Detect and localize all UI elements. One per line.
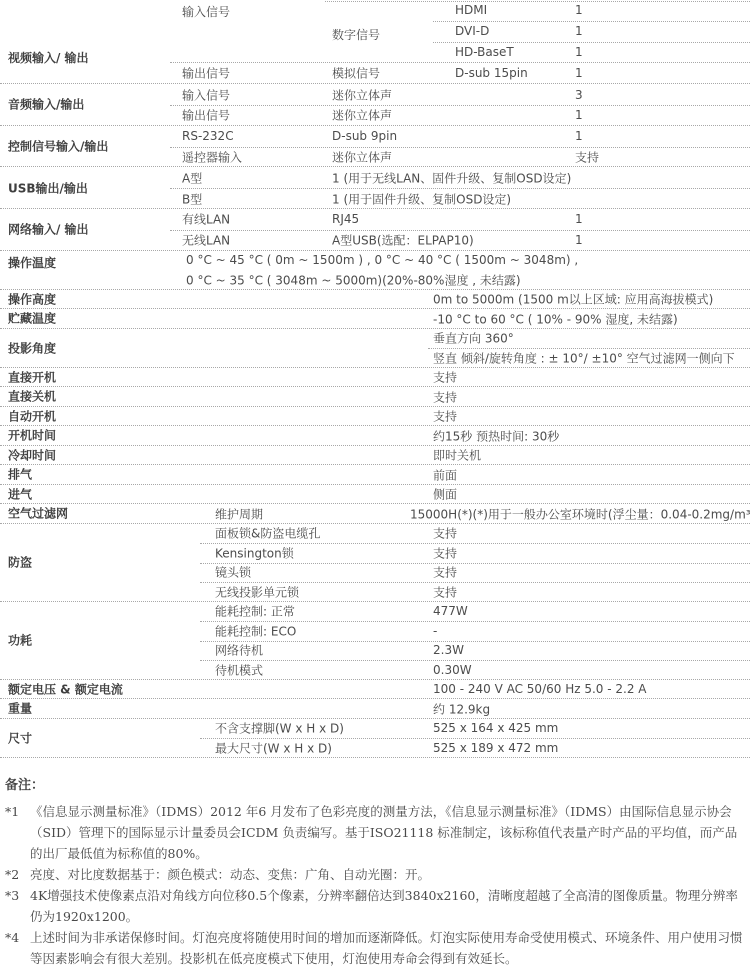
spec-row: 有线LANRJ451 [170,209,750,230]
spec-cell: 2.3W [433,643,464,657]
page: 视频输入/ 输出输入信号数字信号HDMI1DVI-D1HD-BaseT1输出信号… [0,0,750,969]
spec-cell: 维护周期 [215,505,263,522]
notes: 备注： *1《信息显示测量标准》（IDMS）2012 年6 月发布了色彩亮度的测… [5,774,747,969]
spec-cell: RJ45 [332,212,359,226]
spec-cell: HDMI [455,3,487,17]
note-text: 《信息显示测量标准》（IDMS）2012 年6 月发布了色彩亮度的测量方法，《信… [30,801,747,864]
spec-row: 前面 [428,465,750,485]
section-exhaust: 排气前面 [0,464,750,484]
category-power-consumption: 功耗 [8,632,32,649]
section-audio-io: 音频输入/输出输入信号迷你立体声3输出信号迷你立体声1 [0,83,750,125]
spec-cell: 即时关机 [433,447,481,464]
section-content: 约15秒 预热时间: 30秒 [428,426,750,445]
spec-cell: 支持 [433,544,457,561]
spec-cell: 面板锁&防盗电缆孔 [215,525,320,542]
spec-cell: 输出信号 [182,64,230,81]
note-item: *2亮度、对比度数据基于：颜色模式：动态、变焦：广角、自动光圈：开。 [5,864,747,885]
spec-row: 0m to 5000m (1500 m以上区域: 应用高海拔模式) [428,290,750,310]
spec-cell: B型 [182,190,202,207]
spec-cell: 有线LAN [182,211,230,228]
spec-cell: 侧面 [433,486,457,503]
spec-row: 无线LANA型USB(选配：ELPAP10)1 [170,230,750,251]
section-network-io: 网络输入/ 输出有线LANRJ451无线LANA型USB(选配：ELPAP10)… [0,208,750,250]
section-content: 前面 [428,465,750,484]
spec-cell: 镜头锁 [215,564,251,581]
note-item: *1《信息显示测量标准》（IDMS）2012 年6 月发布了色彩亮度的测量方法，… [5,801,747,864]
section-content: 即时关机 [428,446,750,465]
category-auto-power-on: 自动开机 [8,407,56,424]
section-content: 支持 [428,368,750,387]
spec-row: 无线投影单元锁支持 [200,582,750,602]
spec-cell: 支持 [433,388,457,405]
category-operating-altitude: 操作高度 [8,290,56,307]
spec-row: A型1 (用于无线LAN、固件升级、复制OSD设定) [170,167,750,188]
section-content: 维护周期15000H(*)(*)用于一般办公室环境时(浮尘量：0.04-0.2m… [200,504,750,523]
spec-cell: 遥控器输入 [182,148,242,165]
row-divider [433,42,750,43]
spec-row: RS-232CD-sub 9pin1 [170,126,750,147]
category-rated-voltage-current: 额定电压 & 额定电流 [8,680,123,697]
spec-cell: 1 (用于固件升级、复制OSD设定) [332,190,511,207]
note-text: 上述时间为非承诺保修时间。灯泡亮度将随使用时间的增加而逐渐降低。灯泡实际使用寿命… [30,927,747,969]
section-content: 垂直方向 360°竖直 倾斜/旋转角度 : ± 10°/ ±10° 空气过滤网一… [428,329,750,367]
spec-row: 支持 [428,368,750,388]
category-storage-temperature: 贮藏温度 [8,310,56,327]
spec-cell: 1 [575,45,583,59]
spec-row: 支持 [428,387,750,407]
spec-row: -10 °C to 60 °C ( 10% - 90% 湿度, 未结露) [428,309,750,329]
section-air-filter: 空气过滤网维护周期15000H(*)(*)用于一般办公室环境时(浮尘量：0.04… [0,503,750,523]
section-rated-voltage-current: 额定电压 & 额定电流100 - 240 V AC 50/60 Hz 5.0 -… [0,679,750,699]
spec-row: 0 °C ~ 35 °C ( 3048m ~ 5000m)(20%-80%湿度 … [180,270,750,290]
spec-cell: 1 [575,233,583,247]
section-content: -10 °C to 60 °C ( 10% - 90% 湿度, 未结露) [428,309,750,328]
spec-row: DVI-D1 [170,21,750,42]
spec-cell: 0m to 5000m (1500 m以上区域: 应用高海拔模式) [433,291,713,308]
spec-cell: 支持 [433,583,457,600]
spec-cell: 无线投影单元锁 [215,583,299,600]
row-divider [170,147,750,148]
row-divider [170,188,750,189]
category-projection-angle: 投影角度 [8,339,56,356]
spec-row: HDMI1 [170,0,750,21]
spec-cell: 0 °C ~ 35 °C ( 3048m ~ 5000m)(20%-80%湿度 … [186,271,521,288]
section-intake: 进气侧面 [0,484,750,504]
spec-row: Kensington锁支持 [200,543,750,563]
spec-row: HD-BaseT1 [170,42,750,63]
spec-cell: -10 °C to 60 °C ( 10% - 90% 湿度, 未结露) [433,310,678,327]
section-power-consumption: 功耗能耗控制: 正常477W能耗控制: ECO-网络待机2.3W待机模式0.30… [0,601,750,679]
spec-cell: Kensington锁 [215,544,294,561]
section-content: 不含支撑脚(W x H x D)525 x 164 x 425 mm最大尺寸(W… [200,719,750,757]
spec-cell: 迷你立体声 [332,107,392,124]
row-divider [170,105,750,106]
row-divider [433,21,750,22]
note-text: 4K增强技术使像素点沿对角线方向位移0.5个像素，分辨率翻倍达到3840x216… [30,885,747,927]
notes-title: 备注： [5,774,747,793]
spec-cell: 525 x 189 x 472 mm [433,741,558,755]
spec-cell: 525 x 164 x 425 mm [433,721,558,735]
spec-cell: 待机模式 [215,661,263,678]
spec-cell: A型 [182,169,202,186]
spec-row: 约 12.9kg [428,699,750,719]
spec-cell: 网络待机 [215,642,263,659]
category-startup-time: 开机时间 [8,427,56,444]
spec-row: 竖直 倾斜/旋转角度 : ± 10°/ ±10° 空气过滤网一侧向下 [428,348,750,368]
section-operating-altitude: 操作高度0m to 5000m (1500 m以上区域: 应用高海拔模式) [0,289,750,309]
spec-cell: A型USB(选配：ELPAP10) [332,232,474,249]
section-video-io: 视频输入/ 输出输入信号数字信号HDMI1DVI-D1HD-BaseT1输出信号… [0,0,750,83]
spec-cell: DVI-D [455,24,489,38]
spec-cell: 1 (用于无线LAN、固件升级、复制OSD设定) [332,169,571,186]
note-text: 亮度、对比度数据基于：颜色模式：动态、变焦：广角、自动光圈：开。 [30,864,747,885]
spec-cell: 0 °C ~ 45 °C ( 0m ~ 1500m ) , 0 °C ~ 40 … [186,253,578,267]
section-direct-power-off: 直接关机支持 [0,386,750,406]
section-content: 约 12.9kg [428,699,750,718]
spec-row: 镜头锁支持 [200,563,750,583]
section-content: 支持 [428,387,750,406]
spec-cell: 能耗控制: ECO [215,622,296,639]
section-weight: 重量约 12.9kg [0,698,750,718]
category-usb-io: USB输出/输出 [8,179,88,196]
category-control-io: 控制信号输入/输出 [8,138,108,155]
note-marker: *1 [5,801,30,822]
category-network-io: 网络输入/ 输出 [8,221,89,238]
section-auto-power-on: 自动开机支持 [0,406,750,426]
spec-cell: 0.30W [433,663,472,677]
spec-cell: HD-BaseT [455,45,514,59]
row-divider [170,62,750,63]
note-marker: *3 [5,885,30,906]
spec-row: 不含支撑脚(W x H x D)525 x 164 x 425 mm [200,719,750,739]
spec-cell: 输入信号 [182,86,230,103]
spec-row: 侧面 [428,485,750,505]
section-content: 0m to 5000m (1500 m以上区域: 应用高海拔模式) [428,290,750,309]
section-usb-io: USB输出/输出A型1 (用于无线LAN、固件升级、复制OSD设定)B型1 (用… [0,166,750,208]
spec-row: 输出信号迷你立体声1 [170,105,750,126]
spec-row: 遥控器输入迷你立体声支持 [170,147,750,168]
category-direct-power-on: 直接开机 [8,368,56,385]
section-content: 能耗控制: 正常477W能耗控制: ECO-网络待机2.3W待机模式0.30W [200,602,750,679]
section-content: 输入信号数字信号HDMI1DVI-D1HD-BaseT1输出信号模拟信号D-su… [170,0,750,83]
section-direct-power-on: 直接开机支持 [0,367,750,387]
section-startup-time: 开机时间约15秒 预热时间: 30秒 [0,425,750,445]
spec-row: 即时关机 [428,446,750,466]
note-item: *34K增强技术使像素点沿对角线方向位移0.5个像素，分辨率翻倍达到3840x2… [5,885,747,927]
section-storage-temperature: 贮藏温度-10 °C to 60 °C ( 10% - 90% 湿度, 未结露) [0,308,750,328]
spec-cell: 前面 [433,466,457,483]
section-content: 侧面 [428,485,750,504]
row-divider [200,660,750,661]
section-cooldown-time: 冷却时间即时关机 [0,445,750,465]
spec-cell: 无线LAN [182,232,230,249]
category-intake: 进气 [8,485,32,502]
section-content: RS-232CD-sub 9pin1遥控器输入迷你立体声支持 [170,126,750,167]
section-dimensions: 尺寸不含支撑脚(W x H x D)525 x 164 x 425 mm最大尺寸… [0,718,750,757]
spec-cell: 1 [575,66,583,80]
spec-row: 能耗控制: 正常477W [200,602,750,622]
section-projection-angle: 投影角度垂直方向 360°竖直 倾斜/旋转角度 : ± 10°/ ±10° 空气… [0,328,750,367]
spec-cell: 迷你立体声 [332,148,392,165]
spec-cell: RS-232C [182,129,234,143]
spec-row: 支持 [428,407,750,427]
section-operating-temperature: 操作温度0 °C ~ 45 °C ( 0m ~ 1500m ) , 0 °C ~… [0,250,750,289]
category-operating-temperature: 操作温度 [8,254,56,271]
section-content: 有线LANRJ451无线LANA型USB(选配：ELPAP10)1 [170,209,750,250]
category-anti-theft: 防盗 [8,554,32,571]
spec-cell: 支持 [433,525,457,542]
spec-cell: 最大尺寸(W x H x D) [215,739,332,756]
spec-cell: 不含支撑脚(W x H x D) [215,720,344,737]
spec-cell: 1 [575,24,583,38]
section-anti-theft: 防盗面板锁&防盗电缆孔支持Kensington锁支持镜头锁支持无线投影单元锁支持 [0,523,750,601]
category-cooldown-time: 冷却时间 [8,446,56,463]
spec-cell: 输出信号 [182,107,230,124]
spec-cell: 1 [575,212,583,226]
spec-row: 垂直方向 360° [428,329,750,349]
spec-cell: 迷你立体声 [332,86,392,103]
spec-cell: 477W [433,604,468,618]
spec-row: 维护周期15000H(*)(*)用于一般办公室环境时(浮尘量：0.04-0.2m… [200,504,750,524]
note-item: *4上述时间为非承诺保修时间。灯泡亮度将随使用时间的增加而逐渐降低。灯泡实际使用… [5,927,747,969]
spec-row: 面板锁&防盗电缆孔支持 [200,524,750,544]
section-content: 输入信号迷你立体声3输出信号迷你立体声1 [170,84,750,125]
category-direct-power-off: 直接关机 [8,388,56,405]
spec-cell: 100 - 240 V AC 50/60 Hz 5.0 - 2.2 A [433,682,646,696]
spec-cell: 垂直方向 360° [433,330,514,347]
spec-cell: 约 12.9kg [433,700,490,717]
spec-cell: 1 [575,3,583,17]
row-divider [200,563,750,564]
category-air-filter: 空气过滤网 [8,505,68,522]
spec-row: 约15秒 预热时间: 30秒 [428,426,750,446]
row-divider [170,230,750,231]
spec-cell: 模拟信号 [332,64,380,81]
spec-cell: 1 [575,108,583,122]
spec-row: 能耗控制: ECO- [200,621,750,641]
spec-cell: 支持 [433,564,457,581]
spec-cell: 3 [575,88,583,102]
spec-row: 输入信号迷你立体声3 [170,84,750,105]
notes-list: *1《信息显示测量标准》（IDMS）2012 年6 月发布了色彩亮度的测量方法，… [5,801,747,969]
category-dimensions: 尺寸 [8,729,32,746]
spec-row: 0 °C ~ 45 °C ( 0m ~ 1500m ) , 0 °C ~ 40 … [180,251,750,271]
spec-cell: - [433,624,437,638]
spec-row: 最大尺寸(W x H x D)525 x 189 x 472 mm [200,738,750,758]
note-marker: *4 [5,927,30,948]
spec-cell: 约15秒 预热时间: 30秒 [433,427,559,444]
spec-cell: D-sub 15pin [455,66,528,80]
spec-row: 待机模式0.30W [200,660,750,680]
spec-table: 视频输入/ 输出输入信号数字信号HDMI1DVI-D1HD-BaseT1输出信号… [0,0,750,758]
section-content: A型1 (用于无线LAN、固件升级、复制OSD设定)B型1 (用于固件升级、复制… [170,167,750,208]
spec-cell: 能耗控制: 正常 [215,603,295,620]
category-weight: 重量 [8,700,32,717]
spec-row: 100 - 240 V AC 50/60 Hz 5.0 - 2.2 A [428,680,750,700]
spec-row: 网络待机2.3W [200,641,750,661]
section-content: 0 °C ~ 45 °C ( 0m ~ 1500m ) , 0 °C ~ 40 … [180,251,750,289]
category-audio-io: 音频输入/输出 [8,96,84,113]
category-exhaust: 排气 [8,466,32,483]
section-control-io: 控制信号输入/输出RS-232CD-sub 9pin1遥控器输入迷你立体声支持 [0,125,750,167]
spec-cell: 支持 [433,369,457,386]
section-content: 支持 [428,407,750,426]
section-content: 100 - 240 V AC 50/60 Hz 5.0 - 2.2 A [428,680,750,699]
spec-cell: 竖直 倾斜/旋转角度 : ± 10°/ ±10° 空气过滤网一侧向下 [433,349,735,366]
section-content: 面板锁&防盗电缆孔支持Kensington锁支持镜头锁支持无线投影单元锁支持 [200,524,750,601]
spec-cell: 支持 [575,148,599,165]
row-divider [200,641,750,642]
spec-cell: D-sub 9pin [332,129,397,143]
category-video-io: 视频输入/ 输出 [8,49,89,66]
spec-cell: 支持 [433,408,457,425]
spec-row: B型1 (用于固件升级、复制OSD设定) [170,188,750,209]
spec-cell: 1 [575,129,583,143]
spec-cell: 15000H(*)(*)用于一般办公室环境时(浮尘量：0.04-0.2mg/m³… [410,505,750,522]
note-marker: *2 [5,864,30,885]
spec-row: 输出信号模拟信号D-sub 15pin1 [170,62,750,83]
